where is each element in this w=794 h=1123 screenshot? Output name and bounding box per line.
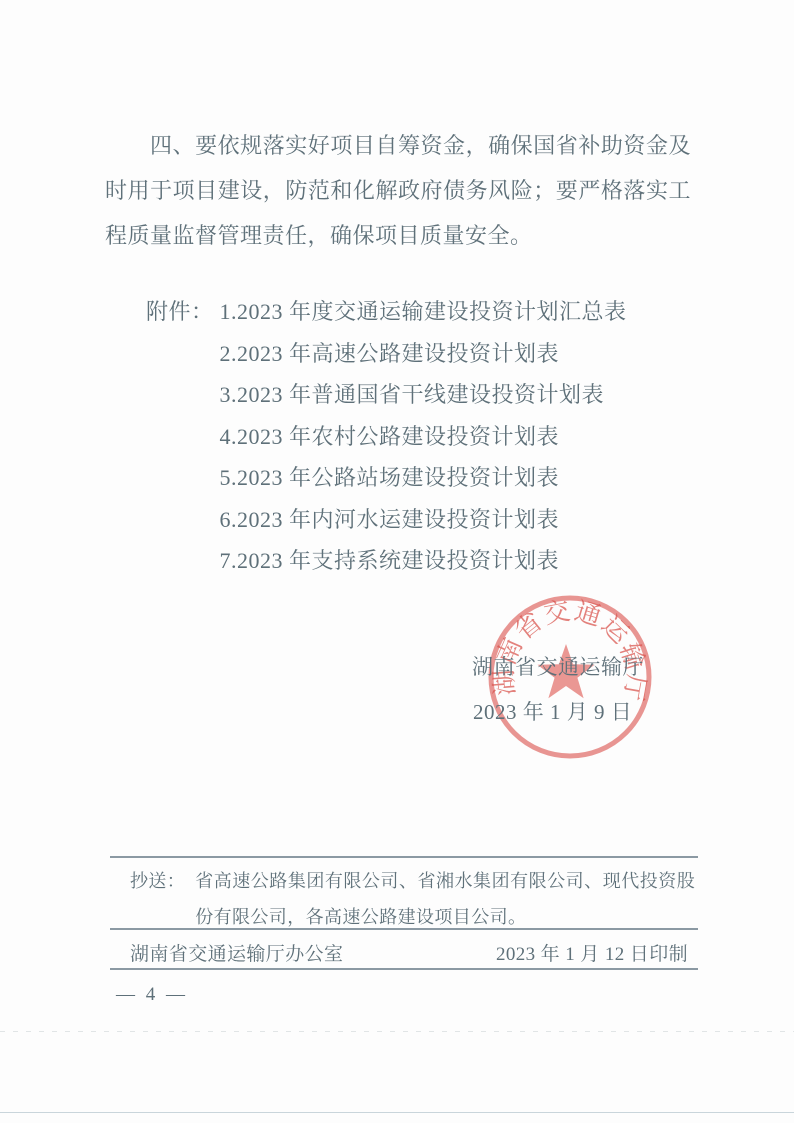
footer-divider-top <box>110 856 698 858</box>
cc-text: 省高速公路集团有限公司、省湘水集团有限公司、现代投资股份有限公司，各高速公路建设… <box>195 863 695 935</box>
attachment-item: 5.2023 年公路站场建设投资计划表 <box>220 457 627 499</box>
cc-block: 抄送： 省高速公路集团有限公司、省湘水集团有限公司、现代投资股份有限公司，各高速… <box>130 863 695 935</box>
attachment-item: 3.2023 年普通国省干线建设投资计划表 <box>220 374 627 416</box>
body-paragraph: 四、要依规落实好项目自筹资金，确保国省补助资金及时用于项目建设，防范和化解政府债… <box>105 123 691 258</box>
imprint-print-date: 2023 年 1 月 12 日印制 <box>496 941 688 969</box>
signature-date: 2023 年 1 月 9 日 <box>473 696 632 726</box>
attachment-item: 6.2023 年内河水运建设投资计划表 <box>220 499 627 541</box>
attachment-item: 7.2023 年支持系统建设投资计划表 <box>220 540 627 582</box>
attachment-item: 4.2023 年农村公路建设投资计划表 <box>220 416 627 458</box>
scan-artifact-line <box>0 1031 794 1032</box>
imprint-office: 湖南省交通运输厅办公室 <box>130 941 343 969</box>
signature-issuer: 湖南省交通运输厅 <box>472 651 644 681</box>
attachment-item: 1.2023 年度交通运输建设投资计划汇总表 <box>220 291 627 333</box>
attachment-item: 2.2023 年高速公路建设投资计划表 <box>220 333 627 375</box>
attachment-list: 附件： 1.2023 年度交通运输建设投资计划汇总表 2.2023 年高速公路建… <box>146 291 627 582</box>
scan-edge-line <box>0 1112 794 1113</box>
page-number: — 4 — <box>116 984 188 1006</box>
attachment-items: 1.2023 年度交通运输建设投资计划汇总表 2.2023 年高速公路建设投资计… <box>220 291 627 582</box>
document-page: 四、要依规落实好项目自筹资金，确保国省补助资金及时用于项目建设，防范和化解政府债… <box>0 0 794 1123</box>
imprint-line: 湖南省交通运输厅办公室 2023 年 1 月 12 日印制 <box>130 941 688 969</box>
attachment-label: 附件： <box>146 291 214 333</box>
cc-label: 抄送： <box>130 863 185 899</box>
